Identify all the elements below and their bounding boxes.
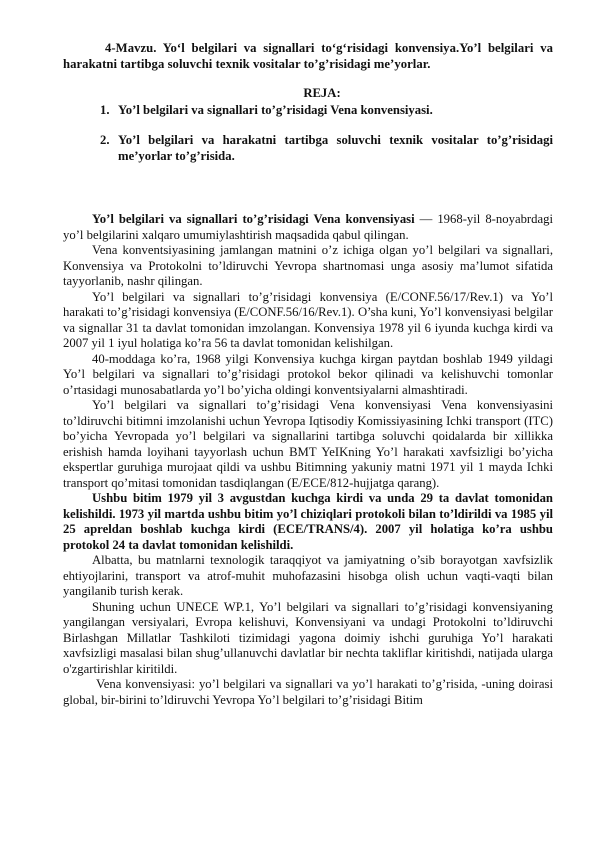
plan-item: 1. Yo’l belgilari va signallari to’g’ris…	[100, 102, 553, 118]
plan-item-text: Yo’l belgilari va harakatni tartibga sol…	[118, 132, 553, 164]
plan-item-number: 2.	[100, 132, 118, 164]
paragraph: Shuning uchun UNECE WP.1, Yo’l belgilari…	[63, 600, 553, 678]
paragraph: Yo’l belgilari va signallari to’g’risida…	[63, 398, 553, 491]
document-title: 4-Mavzu. Yo‘l belgilari va signallari to…	[63, 40, 553, 72]
paragraph: Yo’l belgilari va signallari to’g’risida…	[63, 290, 553, 352]
paragraph: Vena konventsiyasining jamlangan matnini…	[63, 243, 553, 290]
paragraph-bold: Ushbu bitim 1979 yil 3 avgustdan kuchga …	[63, 491, 553, 553]
paragraph-lead: Yo’l belgilari va signallari to’g’risida…	[92, 212, 415, 226]
plan-list: 1. Yo’l belgilari va signallari to’g’ris…	[100, 102, 553, 164]
paragraph: Vena konvensiyasi: yo’l belgilari va sig…	[63, 677, 553, 708]
plan-item-text: Yo’l belgilari va signallari to’g’risida…	[118, 102, 553, 118]
plan-item: 2. Yo’l belgilari va harakatni tartibga …	[100, 132, 553, 164]
paragraph: 40-moddaga ko’ra, 1968 yilgi Konvensiya …	[63, 352, 553, 399]
plan-heading: REJA:	[63, 86, 553, 101]
paragraph: Albatta, bu matnlarni texnologik taraqqi…	[63, 553, 553, 600]
plan-item-number: 1.	[100, 102, 118, 118]
paragraph: Yo’l belgilari va signallari to’g’risida…	[63, 212, 553, 243]
document-body: Yo’l belgilari va signallari to’g’risida…	[63, 212, 553, 708]
